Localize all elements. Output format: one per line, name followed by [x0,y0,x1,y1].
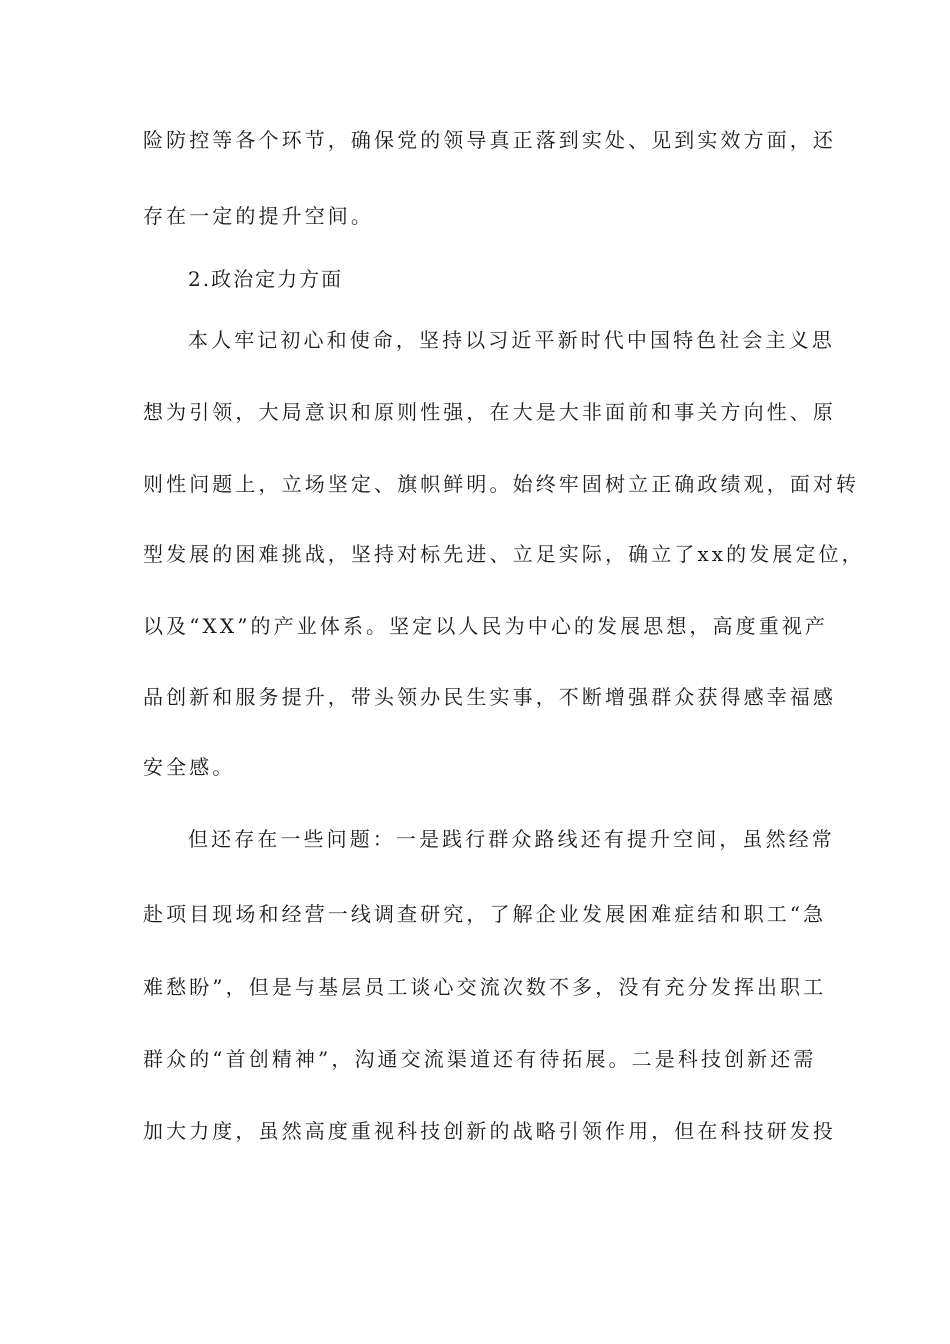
text-line: 品创新和服务提升，带头领办民生实事，不断增强群众获得感幸福感 [143,685,808,709]
section-heading: 2.政治定力方面 [188,267,808,291]
paragraph-first-line: 但还存在一些问题：一是践行群众路线还有提升空间，虽然经常 [188,827,808,851]
text-line: 型发展的困难挑战，坚持对标先进、立足实际，确立了xx的发展定位， [143,542,808,566]
text-line: 则性问题上，立场坚定、旗帜鲜明。始终牢固树立正确政绩观，面对转 [143,472,808,496]
text-line: 想为引领，大局意识和原则性强，在大是大非面前和事关方向性、原 [143,400,808,424]
text-line: 存在一定的提升空间。 [143,204,808,228]
text-line: 险防控等各个环节，确保党的领导真正落到实处、见到实效方面，还 [143,128,808,152]
text-line: 难愁盼”，但是与基层员工谈心交流次数不多，没有充分发挥出职工 [143,975,808,999]
text-line: 加大力度，虽然高度重视科技创新的战略引领作用，但在科技研发投 [143,1119,808,1143]
document-page: 险防控等各个环节，确保党的领导真正落到实处、见到实效方面，还 存在一定的提升空间… [0,0,950,1344]
text-line: 安全感。 [143,755,808,779]
text-line: 赴项目现场和经营一线调查研究，了解企业发展困难症结和职工“急 [143,902,808,926]
text-line: 群众的“首创精神”，沟通交流渠道还有待拓展。二是科技创新还需 [143,1047,808,1071]
text-line: 以及“XX”的产业体系。坚定以人民为中心的发展思想，高度重视产 [143,614,808,638]
paragraph-first-line: 本人牢记初心和使命，坚持以习近平新时代中国特色社会主义思 [188,328,808,352]
